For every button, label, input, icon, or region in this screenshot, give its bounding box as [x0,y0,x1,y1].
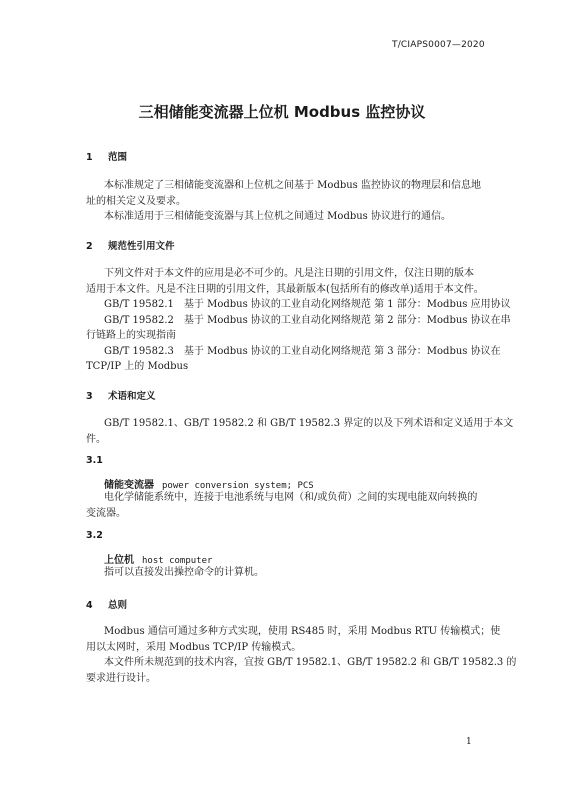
document-number: T/CIAPS0007—2020 [392,40,485,50]
section-1-heading: 1范围 [86,149,127,163]
term-3-1: 储能变流器power conversion system; PCS [104,476,314,491]
paragraph-line: GB/T 19582.1、GB/T 19582.2 和 GB/T 19582.3… [104,416,513,432]
reference-line: GB/T 19582.1 基于 Modbus 协议的工业自动化网络规范 第 1 … [104,297,511,313]
page-number: 1 [466,737,472,747]
paragraph-line: 件。 [86,432,106,448]
section-number: 4 [86,600,108,611]
paragraph-line: 本标准适用于三相储能变流器与其上位机之间通过 Modbus 协议进行的通信。 [104,209,451,225]
document-title: 三相储能变流器上位机 Modbus 监控协议 [0,101,564,122]
section-2-heading: 2规范性引用文件 [86,238,175,252]
term-3-1-number: 3.1 [86,455,103,466]
term-3-2-number: 3.2 [86,530,103,541]
definition-line: 指可以直接发出操控命令的计算机。 [104,565,264,581]
reference-line: GB/T 19582.3 基于 Modbus 协议的工业自动化网络规范 第 3 … [104,344,501,360]
definition-line: 变流器。 [86,506,126,522]
section-number: 1 [86,152,108,163]
section-number: 2 [86,241,108,252]
paragraph-line: 本标准规定了三相储能变流器和上位机之间基于 Modbus 监控协议的物理层和信息… [104,178,481,194]
section-title: 范围 [108,152,127,163]
definition-line: 电化学储能系统中，连接于电池系统与电网（和/或负荷）之间的实现电能双向转换的 [104,490,477,506]
section-title: 总则 [108,600,127,611]
section-4-heading: 4总则 [86,597,127,611]
reference-line: 行链路上的实现指南 [86,328,176,344]
section-title: 规范性引用文件 [108,241,175,252]
reference-line: GB/T 19582.2 基于 Modbus 协议的工业自动化网络规范 第 2 … [104,313,511,329]
section-title: 术语和定义 [108,391,156,402]
term-3-2: 上位机host computer [104,551,212,566]
paragraph-line: 下列文件对于本文件的应用是必不可少的。凡是注日期的引用文件，仅注日期的版本 [104,266,474,282]
paragraph-line: 适用于本文件。凡是不注日期的引用文件，其最新版本(包括所有的修改单)适用于本文件… [86,282,484,298]
paragraph-line: 本文件所未规范到的技术内容，宜按 GB/T 19582.1、GB/T 19582… [104,655,516,671]
paragraph-line: 址的相关定义及要求。 [86,194,186,210]
reference-line: TCP/IP 上的 Modbus [86,359,188,375]
paragraph-line: 要求进行设计。 [86,671,156,687]
paragraph-line: 用以太网时，采用 Modbus TCP/IP 传输模式。 [86,640,301,656]
section-3-heading: 3术语和定义 [86,388,156,402]
paragraph-line: Modbus 通信可通过多种方式实现，使用 RS485 时，采用 Modbus … [104,624,500,640]
section-number: 3 [86,391,108,402]
